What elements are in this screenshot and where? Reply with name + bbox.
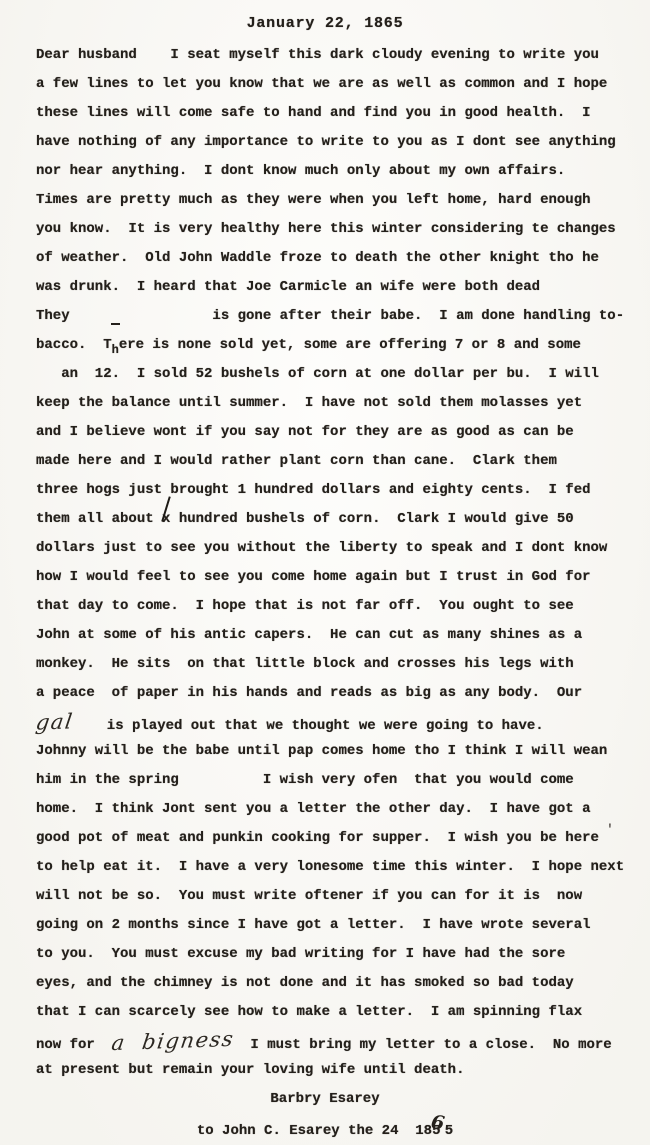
- typed-text: keep the balance until summer. I have no…: [36, 395, 582, 411]
- letter-line: have nothing of any importance to write …: [36, 128, 650, 157]
- letter-line: three hogs just brought 1 hundred dollar…: [36, 476, 650, 505]
- typed-text: three hogs just brought 1 hundred dollar…: [36, 482, 591, 498]
- typed-text: going on 2 months since I have got a let…: [36, 917, 591, 933]
- typed-text: an 12. I sold 52 bushels of corn at one …: [36, 366, 599, 382]
- typed-text: that day to come. I hope that is not far…: [36, 598, 574, 614]
- typed-text: Johnny will be the babe until pap comes …: [36, 743, 607, 759]
- letter-line: that I can scarcely see how to make a le…: [36, 998, 650, 1027]
- typed-text: you know. It is very healthy here this w…: [36, 221, 616, 237]
- letter-line: Times are pretty much as they were when …: [36, 186, 650, 215]
- letter-line: to you. You must excuse my bad writing f…: [36, 940, 650, 969]
- letter-line: monkey. He sits on that little block and…: [36, 650, 650, 679]
- letter-line: an 12. I sold 52 bushels of corn at one …: [36, 360, 650, 389]
- typed-text: ere is none sold yet, some are offering …: [119, 337, 581, 353]
- letter-line: a few lines to let you know that we are …: [36, 70, 650, 99]
- letter-line: him in the spring I wish very ofen that …: [36, 766, 650, 795]
- typed-text: home. I think Jont sent you a letter the…: [36, 801, 591, 817]
- handwritten-word: gal: [34, 707, 75, 737]
- typed-text: monkey. He sits on that little block and…: [36, 656, 574, 672]
- letter-line: gal is played out that we thought we wer…: [36, 708, 650, 737]
- letter-line: bacco. There is none sold yet, some are …: [36, 331, 650, 360]
- typed-text: have nothing of any importance to write …: [36, 134, 616, 150]
- letter-line: They is gone after their babe. I am done…: [36, 302, 650, 331]
- letter-line: Dear husband I seat myself this dark clo…: [36, 41, 650, 70]
- typed-text: them all about: [36, 511, 162, 527]
- letter-line: at present but remain your loving wife u…: [36, 1056, 650, 1085]
- letter-line: nor hear anything. I dont know much only…: [36, 157, 650, 186]
- letter-line: now for a bigness I must bring my letter…: [36, 1027, 650, 1056]
- typed-text: They is gone after their babe. I am done…: [36, 308, 624, 324]
- typed-text: 5: [445, 1123, 453, 1139]
- typed-text: made here and I would rather plant corn …: [36, 453, 557, 469]
- letter-line: home. I think Jont sent you a letter the…: [36, 795, 650, 824]
- typed-text: John at some of his antic capers. He can…: [36, 627, 582, 643]
- typed-text: at present but remain your loving wife u…: [36, 1062, 464, 1078]
- typed-text: good pot of meat and punkin cooking for …: [36, 830, 599, 846]
- attribution-line: to John C. Esarey the 24 18565: [0, 1114, 650, 1143]
- typed-text: Dear husband I seat myself this dark clo…: [36, 47, 599, 63]
- typed-text: Times are pretty much as they were when …: [36, 192, 591, 208]
- inserted-letter: h: [112, 336, 119, 365]
- letter-page: January 22, 1865 Dear husband I seat mys…: [0, 0, 650, 1145]
- letter-line: will not be so. You must write oftener i…: [36, 882, 650, 911]
- typed-text: and I believe wont if you say not for th…: [36, 424, 574, 440]
- typed-text: how I would feel to see you come home ag…: [36, 569, 591, 585]
- typed-text: of weather. Old John Waddle froze to dea…: [36, 250, 599, 266]
- letter-body: Dear husband I seat myself this dark clo…: [0, 41, 650, 1085]
- typed-text: will not be so. You must write oftener i…: [36, 888, 582, 904]
- typed-text: eyes, and the chimney is not done and it…: [36, 975, 574, 991]
- typed-text: bacco. T: [36, 337, 112, 353]
- letter-line: you know. It is very healthy here this w…: [36, 215, 650, 244]
- typed-text: was drunk. I heard that Joe Carmicle an …: [36, 279, 540, 295]
- letter-line: these lines will come safe to hand and f…: [36, 99, 650, 128]
- letter-line: a peace of paper in his hands and reads …: [36, 679, 650, 708]
- letter-line: going on 2 months since I have got a let…: [36, 911, 650, 940]
- typed-text: to you. You must excuse my bad writing f…: [36, 946, 565, 962]
- letter-line: good pot of meat and punkin cooking for …: [36, 824, 650, 853]
- typed-text: these lines will come safe to hand and f…: [36, 105, 591, 121]
- letter-line: to help eat it. I have a very lonesome t…: [36, 853, 650, 882]
- letter-line: that day to come. I hope that is not far…: [36, 592, 650, 621]
- typed-text: now for: [36, 1037, 112, 1053]
- signature: Barbry Esarey: [0, 1085, 650, 1114]
- letter-line: how I would feel to see you come home ag…: [36, 563, 650, 592]
- typed-text: a few lines to let you know that we are …: [36, 76, 607, 92]
- letter-line: keep the balance until summer. I have no…: [36, 389, 650, 418]
- typed-text: to John C. Esarey the 24 18: [197, 1123, 432, 1139]
- letter-line: and I believe wont if you say not for th…: [36, 418, 650, 447]
- stray-ink-mark: ': [606, 822, 614, 837]
- typed-text: is played out that we thought we were go…: [73, 718, 543, 734]
- letter-line: them all about x hundred bushels of corn…: [36, 505, 650, 534]
- letter-date: January 22, 1865: [0, 0, 650, 38]
- handwritten-word: a bigness: [109, 1025, 236, 1058]
- letter-line: Johnny will be the babe until pap comes …: [36, 737, 650, 766]
- typed-text: that I can scarcely see how to make a le…: [36, 1004, 582, 1020]
- letter-line: was drunk. I heard that Joe Carmicle an …: [36, 273, 650, 302]
- letter-line: made here and I would rather plant corn …: [36, 447, 650, 476]
- typed-text: to help eat it. I have a very lonesome t…: [36, 859, 624, 875]
- typed-text: him in the spring I wish very ofen that …: [36, 772, 574, 788]
- typed-text: a peace of paper in his hands and reads …: [36, 685, 582, 701]
- typed-text: nor hear anything. I dont know much only…: [36, 163, 565, 179]
- letter-line: John at some of his antic capers. He can…: [36, 621, 650, 650]
- letter-line: of weather. Old John Waddle froze to dea…: [36, 244, 650, 273]
- typed-text: hundred bushels of corn. Clark I would g…: [170, 511, 573, 527]
- typed-text: I must bring my letter to a close. No mo…: [234, 1037, 612, 1053]
- typed-text: dollars just to see you without the libe…: [36, 540, 607, 556]
- letter-line: eyes, and the chimney is not done and it…: [36, 969, 650, 998]
- letter-line: dollars just to see you without the libe…: [36, 534, 650, 563]
- struck-char: x: [162, 505, 170, 534]
